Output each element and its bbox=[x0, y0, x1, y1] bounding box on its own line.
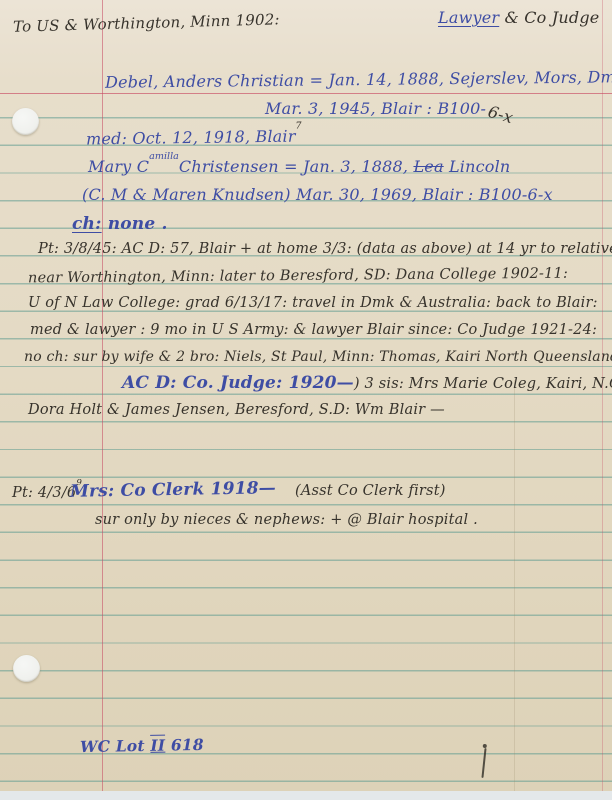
obit1945-line7: Dora Holt & James Jensen, Beresford, S.D… bbox=[28, 402, 445, 418]
left-margin-line bbox=[102, 0, 103, 791]
spouse-birthplace-struck: Lea bbox=[413, 157, 443, 176]
occupation-underlined: Lawyer bbox=[438, 8, 499, 27]
occupation-rest: & Co Judge bbox=[499, 8, 599, 27]
sisters-note: ) 3 sis: Mrs Marie Coleg, Kairi, N.Q. Au… bbox=[354, 376, 612, 392]
children-line: ch: none . bbox=[72, 214, 168, 234]
paper-crease bbox=[514, 380, 515, 791]
marriage-superscript: 7 bbox=[295, 120, 301, 131]
marriage-line: med: Oct. 12, 1918, Blair7 bbox=[86, 126, 302, 148]
notebook-page: To US & Worthington, Minn 1902: Lawyer &… bbox=[0, 0, 612, 800]
obit1945-line1: Pt: 3/8/45: AC D: 57, Blair + at home 3/… bbox=[38, 241, 612, 257]
children-label: ch: bbox=[72, 214, 102, 234]
cemetery-roman-numeral: II bbox=[150, 736, 165, 755]
punch-hole-bottom bbox=[13, 655, 40, 682]
entry-death-line: Mar. 3, 1945, Blair : B100-6-x bbox=[265, 99, 511, 118]
origin-note: To US & Worthington, Minn 1902: bbox=[13, 10, 280, 35]
obit1945-line3: U of N Law College: grad 6/13/17: travel… bbox=[28, 295, 598, 311]
spouse-name-rest: Christensen = Jan. 3, 1888, bbox=[179, 157, 414, 176]
children-value: none . bbox=[102, 214, 168, 234]
spouse-line: Mary CamillaChristensen = Jan. 3, 1888, … bbox=[88, 157, 510, 176]
top-margin-line bbox=[0, 93, 612, 94]
obit1969-office: Mrs: Co Clerk 1918— bbox=[70, 478, 276, 502]
obit1945-line6: AC D: Co. Judge: 1920—) 3 sis: Mrs Marie… bbox=[122, 373, 612, 393]
entry-name-birth-line: Debel, Anders Christian = Jan. 14, 1888,… bbox=[105, 67, 612, 91]
co-judge-annotation: AC D: Co. Judge: 1920— bbox=[122, 373, 354, 393]
obit1969-office-note: (Asst Co Clerk first) bbox=[295, 483, 446, 499]
spouse-parents-death-line: (C. M & Maren Knudsen) Mar. 30, 1969, Bl… bbox=[82, 185, 553, 204]
obit1945-line5: no ch: sur by wife & 2 bro: Niels, St Pa… bbox=[24, 349, 612, 365]
spouse-name-pre: Mary C bbox=[88, 157, 149, 176]
spouse-name-insertion: amilla bbox=[149, 151, 179, 162]
obit1969-date-text: Pt: 4/3/6 bbox=[12, 485, 76, 501]
obit1969-survivors: sur only by nieces & nephews: + @ Blair … bbox=[95, 512, 478, 528]
punch-hole-top bbox=[12, 108, 39, 135]
death-date-place: Mar. 3, 1945, Blair : B100- bbox=[265, 99, 486, 118]
right-margin-line bbox=[602, 0, 603, 791]
obit1945-line4: med & lawyer : 9 mo in U S Army: & lawye… bbox=[30, 322, 597, 338]
cemetery-post: 618 bbox=[165, 735, 204, 755]
scanner-background-strip bbox=[0, 791, 612, 800]
cemetery-pre: WC Lot bbox=[80, 736, 151, 756]
marriage-date-place: med: Oct. 12, 1918, Blair bbox=[86, 127, 296, 149]
occupation-note: Lawyer & Co Judge bbox=[438, 8, 599, 27]
spouse-birthplace: Lincoln bbox=[444, 157, 511, 176]
cemetery-lot-note: WC Lot II 618 bbox=[80, 735, 204, 756]
